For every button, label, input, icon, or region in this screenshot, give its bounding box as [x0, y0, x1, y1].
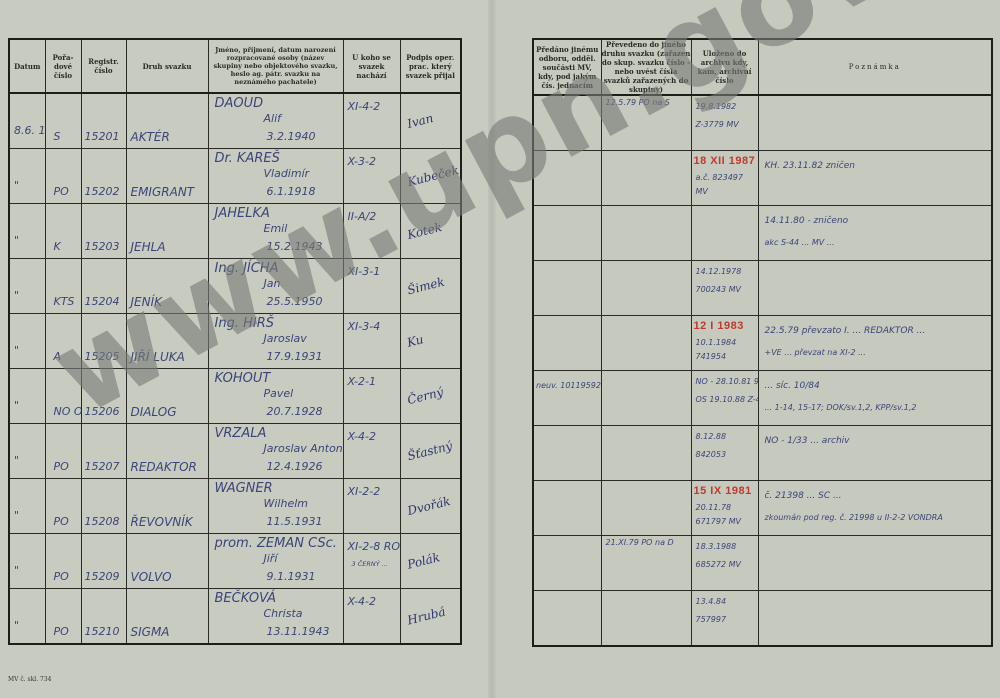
datum-value: " [14, 399, 19, 412]
cell-datum: " [9, 534, 45, 589]
surname-value: Ing. HIRŠ [215, 316, 274, 331]
cell-registr: 15205 [81, 314, 126, 369]
cell-registr: 15207 [81, 424, 126, 479]
datum-value: 8.6. 1978 [14, 124, 45, 137]
cell-u-koho: X-4-2 [343, 589, 400, 645]
poznamka-value: KH. 23.11.82 zničen [765, 161, 855, 171]
surname-value: BEČKOVÁ [215, 591, 277, 606]
prevedeno-value: 12.5.79 PO na S [606, 98, 670, 107]
cell-jmeno: BEČKOVÁ Christa 13.11.1943 [208, 589, 343, 645]
cell-podpis: Ivan [400, 93, 461, 149]
register-row-left: " A 15205 JIŘÍ LUKA Ing. HIRŠ Jaroslav 1… [9, 314, 461, 369]
cell-u-koho: XI-4-2 [343, 93, 400, 149]
cell-poznamka: 22.5.79 převzato I. ... REDAKTOR ... +VE… [758, 316, 992, 371]
firstname-value: Vladimír [264, 167, 310, 180]
register-row-left: " K 15203 JEHLA JAHELKA Emil 15.2.1943 I… [9, 204, 461, 259]
cell-u-koho: XI-2-2 [343, 479, 400, 534]
u-koho-value: XI-3-1 [348, 265, 381, 278]
cell-datum: " [9, 479, 45, 534]
cell-druh: EMIGRANT [126, 149, 208, 204]
u-koho-value: XI-2-8 ROCHMUTH-21.9.79 [348, 540, 401, 553]
firstname-value: Jaroslav Antonín [264, 442, 344, 455]
cell-podpis: Šimek [400, 259, 461, 314]
header-u-koho: U koho se svazek nachází [343, 39, 400, 93]
cell-druh: JEHLA [126, 204, 208, 259]
header-datum: Datum [9, 39, 45, 93]
cell-poradove: PO [45, 589, 81, 645]
cell-jmeno: DAOUD Alif 3.2.1940 [208, 93, 343, 149]
ulozeno-date: a.č. 823497 [696, 173, 743, 182]
druh-value: ŘEVOVNÍK [131, 515, 193, 529]
signature: Ku [405, 332, 424, 350]
cell-ulozeno: 15 IX 1981 20.11.78 671797 MV [691, 481, 758, 536]
ulozeno-number: OS 19.10.88 Z-4179 [696, 395, 759, 404]
poradove-value: PO [54, 570, 69, 583]
firstname-value: Christa [264, 607, 303, 620]
cell-druh: JIŘÍ LUKA [126, 314, 208, 369]
cell-ulozeno: 12 I 1983 10.1.1984 741954 [691, 316, 758, 371]
ulozeno-number: 700243 MV [696, 285, 741, 294]
u-koho-value: XI-3-4 [348, 320, 381, 333]
datum-value: " [14, 509, 19, 522]
signature: Dvořák [405, 494, 451, 518]
ulozeno-number: 671797 MV [696, 517, 741, 526]
cell-poznamka: NO - 1/33 ... archiv [758, 426, 992, 481]
cell-ulozeno: 8.12.88 842053 [691, 426, 758, 481]
poznamka-value: 22.5.79 převzato I. ... REDAKTOR ... [765, 326, 926, 336]
cell-u-koho: X-4-2 [343, 424, 400, 479]
poradove-value: S [54, 130, 61, 143]
signature: Hrubá [405, 605, 446, 628]
cell-datum: " [9, 149, 45, 204]
surname-value: KOHOUT [215, 371, 271, 386]
poznamka-extra: ... 1-14, 15-17; DOK/sv.1,2, KPP/sv.1,2 [765, 403, 917, 412]
datum-value: " [14, 234, 19, 247]
cell-jmeno: VRZALA Jaroslav Antonín 12.4.1926 [208, 424, 343, 479]
cell-prevedeno [601, 316, 691, 371]
cell-prevedeno [601, 481, 691, 536]
cell-registr: 15204 [81, 259, 126, 314]
datum-value: " [14, 179, 19, 192]
datum-value: " [14, 454, 19, 467]
u-koho-extra: 3 ČERNÝ ... [352, 560, 388, 568]
signature: Kotek [405, 220, 442, 242]
cell-jmeno: JAHELKA Emil 15.2.1943 [208, 204, 343, 259]
cell-jmeno: prom. ZEMAN CSc. Jiří 9.1.1931 [208, 534, 343, 589]
cell-poznamka [758, 591, 992, 647]
cell-predano [533, 591, 601, 647]
cell-poznamka: č. 21398 ... SC ... zkoumán pod reg. č. … [758, 481, 992, 536]
cell-druh: DIALOG [126, 369, 208, 424]
registr-value: 15202 [85, 185, 120, 198]
cell-druh: SIGMA [126, 589, 208, 645]
datum-value: " [14, 564, 19, 577]
registr-value: 15206 [85, 405, 120, 418]
cell-poradove: K [45, 204, 81, 259]
cell-poradove: PO [45, 479, 81, 534]
cell-u-koho: X-2-1 [343, 369, 400, 424]
u-koho-value: X-3-2 [348, 155, 376, 168]
cell-datum: 8.6. 1978 [9, 93, 45, 149]
ulozeno-date: 13.4.84 [696, 597, 727, 606]
ulozeno-date: 19.8.1982 [696, 102, 737, 111]
registr-value: 15203 [85, 240, 120, 253]
cell-u-koho: XI-2-8 ROCHMUTH-21.9.79 3 ČERNÝ ... [343, 534, 400, 589]
registr-value: 15207 [85, 460, 120, 473]
predano-value: neuv. 10119592 [536, 381, 601, 390]
signature: Černý [405, 385, 444, 407]
poradove-value: NO OS [54, 405, 82, 418]
birthdate-value: 3.2.1940 [267, 130, 316, 143]
cell-u-koho: X-3-2 [343, 149, 400, 204]
cell-poznamka [758, 536, 992, 591]
register-row-left: " PO 15210 SIGMA BEČKOVÁ Christa 13.11.1… [9, 589, 461, 645]
birthdate-value: 11.5.1931 [267, 515, 323, 528]
cell-druh: ŘEVOVNÍK [126, 479, 208, 534]
cell-datum: " [9, 314, 45, 369]
ulozeno-date: 8.12.88 [696, 432, 727, 441]
druh-value: JEHLA [131, 240, 166, 254]
surname-value: Dr. KAREŠ [215, 151, 280, 166]
firstname-value: Pavel [264, 387, 294, 400]
surname-value: DAOUD [215, 96, 264, 111]
cell-druh: REDAKTOR [126, 424, 208, 479]
surname-value: WAGNER [215, 481, 273, 496]
header-poznamka: Poznámka [758, 39, 992, 95]
cell-druh: VOLVO [126, 534, 208, 589]
signature: Šimek [405, 275, 445, 298]
u-koho-value: XI-4-2 [348, 100, 381, 113]
cell-prevedeno: 12.5.79 PO na S [601, 95, 691, 151]
cell-ulozeno: 13.4.84 757997 [691, 591, 758, 647]
cell-poradove: KTS [45, 259, 81, 314]
register-table-right: Předáno jinému odboru, odděl. součásti M… [532, 38, 993, 647]
cell-predano [533, 261, 601, 316]
cell-poradove: A [45, 314, 81, 369]
signature: Šťastný [405, 439, 453, 464]
poznamka-extra: akc S-44 ... MV ... [765, 238, 835, 247]
cell-prevedeno [601, 261, 691, 316]
register-row-left: 8.6. 1978 S 15201 AKTÉR DAOUD Alif 3.2.1… [9, 93, 461, 149]
header-poradove-cislo: Pořa-dové číslo [45, 39, 81, 93]
register-row-left: " PO 15202 EMIGRANT Dr. KAREŠ Vladimír 6… [9, 149, 461, 204]
prevedeno-value: 21.XI.79 PO na D [606, 538, 674, 547]
cell-u-koho: II-A/2 [343, 204, 400, 259]
signature: Polák [405, 550, 440, 572]
ulozeno-number: Z-3779 MV [696, 120, 739, 129]
cell-poradove: PO [45, 149, 81, 204]
poznamka-value: NO - 1/33 ... archiv [765, 436, 850, 446]
cell-prevedeno [601, 151, 691, 206]
register-row-right: 14.11.80 - zničeno akc S-44 ... MV ... [533, 206, 992, 261]
register-table-left: Datum Pořa-dové číslo Registr. číslo Dru… [8, 38, 462, 645]
birthdate-value: 20.7.1928 [267, 405, 323, 418]
register-row-left: " NO OS 15206 DIALOG KOHOUT Pavel 20.7.1… [9, 369, 461, 424]
cell-datum: " [9, 589, 45, 645]
poradove-value: PO [54, 515, 69, 528]
cell-prevedeno: 21.XI.79 PO na D [601, 536, 691, 591]
druh-value: REDAKTOR [131, 460, 197, 474]
firstname-value: Jaroslav [264, 332, 307, 345]
birthdate-value: 9.1.1931 [267, 570, 316, 583]
page-fold [488, 0, 496, 698]
registr-value: 15208 [85, 515, 120, 528]
cell-datum: " [9, 369, 45, 424]
druh-value: VOLVO [131, 570, 172, 584]
cell-predano [533, 481, 601, 536]
ulozeno-date: NO - 28.10.81 904986 [696, 377, 759, 386]
poznamka-value: ... síc. 10/84 [765, 381, 820, 391]
cell-datum: " [9, 424, 45, 479]
cell-poznamka [758, 95, 992, 151]
cell-ulozeno: 14.12.1978 700243 MV [691, 261, 758, 316]
cell-registr: 15201 [81, 93, 126, 149]
cell-podpis: Kubeček [400, 149, 461, 204]
ulozeno-number: MV [696, 187, 708, 196]
u-koho-value: XI-2-2 [348, 485, 381, 498]
ulozeno-date: 10.1.1984 [696, 338, 737, 347]
header-prevedeno: Převedeno do jiného druhu svazku (zařaze… [601, 39, 691, 95]
header-ulozeno: Uloženo do archivu kdy, kam, archivní čí… [691, 39, 758, 95]
cell-poradove: NO OS [45, 369, 81, 424]
register-row-left: " KTS 15204 JENÍK Ing. JÍCHA Jan 25.5.19… [9, 259, 461, 314]
cell-podpis: Dvořák [400, 479, 461, 534]
cell-predano [533, 316, 601, 371]
surname-value: prom. ZEMAN CSc. [215, 536, 337, 551]
form-code: MV č. skl. 734 [8, 676, 51, 683]
cell-poradove: PO [45, 424, 81, 479]
firstname-value: Jan [264, 277, 281, 290]
ulozeno-number: 741954 [696, 352, 727, 361]
poznamka-value: 14.11.80 - zničeno [765, 216, 849, 226]
ulozeno-date: 14.12.1978 [696, 267, 742, 276]
cell-prevedeno [601, 591, 691, 647]
cell-jmeno: Ing. JÍCHA Jan 25.5.1950 [208, 259, 343, 314]
birthdate-value: 6.1.1918 [267, 185, 316, 198]
cell-podpis: Polák [400, 534, 461, 589]
surname-value: VRZALA [215, 426, 267, 441]
registr-value: 15209 [85, 570, 120, 583]
ulozeno-number: 685272 MV [696, 560, 741, 569]
druh-value: JENÍK [131, 295, 163, 309]
datum-value: " [14, 289, 19, 302]
u-koho-value: II-A/2 [348, 210, 377, 223]
ulozeno-date: 20.11.78 [696, 503, 732, 512]
druh-value: EMIGRANT [131, 185, 195, 199]
birthdate-value: 25.5.1950 [267, 295, 323, 308]
cell-u-koho: XI-3-1 [343, 259, 400, 314]
cell-jmeno: WAGNER Wilhelm 11.5.1931 [208, 479, 343, 534]
date-stamp: 15 IX 1981 [694, 485, 752, 497]
cell-ulozeno: 18.3.1988 685272 MV [691, 536, 758, 591]
registr-value: 15201 [85, 130, 120, 143]
registr-value: 15204 [85, 295, 120, 308]
cell-ulozeno: 18 XII 1987 a.č. 823497 MV [691, 151, 758, 206]
cell-poznamka [758, 261, 992, 316]
u-koho-value: X-4-2 [348, 595, 376, 608]
register-row-left: " PO 15209 VOLVO prom. ZEMAN CSc. Jiří 9… [9, 534, 461, 589]
header-druh-svazku: Druh svazku [126, 39, 208, 93]
signature: Ivan [405, 111, 434, 131]
cell-podpis: Černý [400, 369, 461, 424]
cell-u-koho: XI-3-4 [343, 314, 400, 369]
druh-value: JIŘÍ LUKA [131, 350, 185, 364]
cell-ulozeno [691, 206, 758, 261]
cell-registr: 15209 [81, 534, 126, 589]
poradove-value: K [54, 240, 61, 253]
date-stamp: 18 XII 1987 [694, 155, 756, 167]
poradove-value: PO [54, 460, 69, 473]
ulozeno-number: 757997 [696, 615, 727, 624]
firstname-value: Alif [264, 112, 282, 125]
registr-value: 15205 [85, 350, 120, 363]
register-row-right: 15 IX 1981 20.11.78 671797 MV č. 21398 .… [533, 481, 992, 536]
registr-value: 15210 [85, 625, 120, 638]
register-row-right: 12.5.79 PO na S 19.8.1982 Z-3779 MV [533, 95, 992, 151]
register-row-right: neuv. 10119592 NO - 28.10.81 904986 OS 1… [533, 371, 992, 426]
poznamka-extra: zkoumán pod reg. č. 21998 u II-2-2 VONDR… [765, 513, 943, 522]
cell-datum: " [9, 259, 45, 314]
cell-podpis: Hrubá [400, 589, 461, 645]
cell-registr: 15203 [81, 204, 126, 259]
register-row-right: 8.12.88 842053 NO - 1/33 ... archiv [533, 426, 992, 481]
poradove-value: A [54, 350, 62, 363]
poznamka-value: č. 21398 ... SC ... [765, 491, 842, 501]
header-jmeno: Jméno, příjmení, datum narození rozpraco… [208, 39, 343, 93]
cell-podpis: Kotek [400, 204, 461, 259]
register-row-right: 13.4.84 757997 [533, 591, 992, 647]
surname-value: JAHELKA [215, 206, 270, 221]
cell-ulozeno: 19.8.1982 Z-3779 MV [691, 95, 758, 151]
register-row-left: " PO 15207 REDAKTOR VRZALA Jaroslav Anto… [9, 424, 461, 479]
cell-jmeno: KOHOUT Pavel 20.7.1928 [208, 369, 343, 424]
cell-poradove: PO [45, 534, 81, 589]
register-row-right: 21.XI.79 PO na D 18.3.1988 685272 MV [533, 536, 992, 591]
poradove-value: PO [54, 625, 69, 638]
druh-value: DIALOG [131, 405, 177, 419]
cell-podpis: Ku [400, 314, 461, 369]
u-koho-value: X-2-1 [348, 375, 376, 388]
cell-podpis: Šťastný [400, 424, 461, 479]
firstname-value: Emil [264, 222, 288, 235]
cell-registr: 15210 [81, 589, 126, 645]
header-predano: Předáno jinému odboru, odděl. součásti M… [533, 39, 601, 95]
cell-datum: " [9, 204, 45, 259]
datum-value: " [14, 619, 19, 632]
cell-poradove: S [45, 93, 81, 149]
cell-predano [533, 95, 601, 151]
firstname-value: Wilhelm [264, 497, 309, 510]
birthdate-value: 15.2.1943 [267, 240, 323, 253]
header-podpis: Podpis oper. prac. který svazek přijal [400, 39, 461, 93]
birthdate-value: 13.11.1943 [267, 625, 330, 638]
datum-value: " [14, 344, 19, 357]
birthdate-value: 17.9.1931 [267, 350, 323, 363]
cell-predano [533, 426, 601, 481]
cell-registr: 15202 [81, 149, 126, 204]
surname-value: Ing. JÍCHA [215, 261, 279, 276]
register-row-right: 18 XII 1987 a.č. 823497 MV KH. 23.11.82 … [533, 151, 992, 206]
poradove-value: PO [54, 185, 69, 198]
druh-value: SIGMA [131, 625, 170, 639]
firstname-value: Jiří [264, 552, 278, 565]
cell-ulozeno: NO - 28.10.81 904986 OS 19.10.88 Z-4179 [691, 371, 758, 426]
druh-value: AKTÉR [131, 130, 170, 144]
register-row-right: 14.12.1978 700243 MV [533, 261, 992, 316]
cell-predano [533, 206, 601, 261]
signature: Kubeček [406, 163, 460, 189]
cell-predano: neuv. 10119592 [533, 371, 601, 426]
cell-prevedeno [601, 371, 691, 426]
cell-jmeno: Ing. HIRŠ Jaroslav 17.9.1931 [208, 314, 343, 369]
u-koho-value: X-4-2 [348, 430, 376, 443]
date-stamp: 12 I 1983 [694, 320, 744, 332]
birthdate-value: 12.4.1926 [267, 460, 323, 473]
cell-poznamka: 14.11.80 - zničeno akc S-44 ... MV ... [758, 206, 992, 261]
register-row-left: " PO 15208 ŘEVOVNÍK WAGNER Wilhelm 11.5.… [9, 479, 461, 534]
cell-prevedeno [601, 206, 691, 261]
ulozeno-date: 18.3.1988 [696, 542, 737, 551]
poznamka-extra: +VE ... převzat na XI-2 ... [765, 348, 866, 357]
cell-poznamka: KH. 23.11.82 zničen [758, 151, 992, 206]
cell-predano [533, 151, 601, 206]
cell-druh: JENÍK [126, 259, 208, 314]
cell-registr: 15208 [81, 479, 126, 534]
cell-prevedeno [601, 426, 691, 481]
cell-jmeno: Dr. KAREŠ Vladimír 6.1.1918 [208, 149, 343, 204]
cell-registr: 15206 [81, 369, 126, 424]
ulozeno-number: 842053 [696, 450, 727, 459]
register-row-right: 12 I 1983 10.1.1984 741954 22.5.79 převz… [533, 316, 992, 371]
cell-predano [533, 536, 601, 591]
poradove-value: KTS [54, 295, 75, 308]
cell-druh: AKTÉR [126, 93, 208, 149]
header-registr-cislo: Registr. číslo [81, 39, 126, 93]
cell-poznamka: ... síc. 10/84 ... 1-14, 15-17; DOK/sv.1… [758, 371, 992, 426]
